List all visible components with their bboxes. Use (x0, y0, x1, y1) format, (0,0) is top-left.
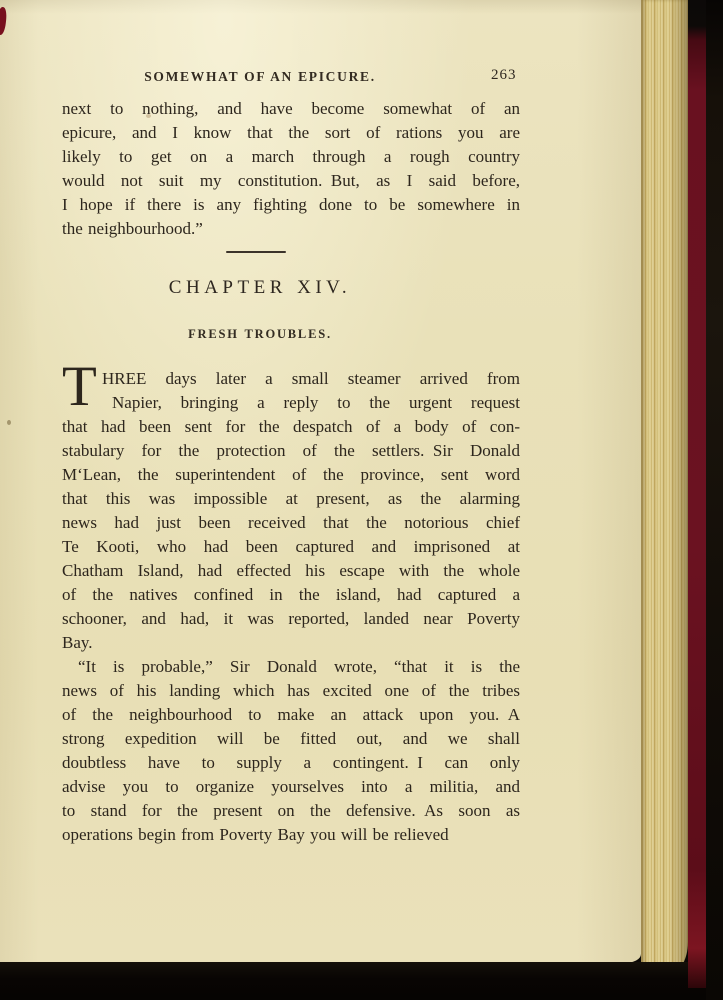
text-line: the neighbourhood.” (62, 217, 520, 241)
book-cover-strip (688, 0, 706, 988)
text-line: Te Kooti, who had been captured and impr… (62, 535, 520, 559)
text-line: “It is probable,” Sir Donald wrote, “tha… (62, 655, 520, 679)
continuation-paragraph: next to nothing, and have become somewha… (62, 97, 520, 241)
text-line: Bay. (62, 631, 520, 655)
text-line: that this was impossible at present, as … (62, 487, 520, 511)
letter-paragraph: “It is probable,” Sir Donald wrote, “tha… (62, 655, 520, 847)
chapter-opening-paragraph: T HREE days later a small steamer arrive… (62, 367, 520, 655)
text-line: M‘Lean, the superintendent of the provin… (62, 463, 520, 487)
drop-cap-initial: T (62, 364, 97, 410)
text-line: advise you to organize yourselves into a… (62, 775, 520, 799)
text-line: of the neighbourhood to make an attack u… (62, 703, 520, 727)
text-line: of the natives confined in the island, h… (62, 583, 520, 607)
text-line: I hope if there is any fighting done to … (62, 193, 520, 217)
chapter-heading: CHAPTER XIV. (62, 276, 458, 300)
text-line: Chatham Island, had effected his escape … (62, 559, 520, 583)
text-line: doubtless have to supply a contingent. I… (62, 751, 520, 775)
running-header-title: SOMEWHAT OF AN EPICURE. (62, 69, 458, 85)
text-line: strong expedition will be fitted out, an… (62, 727, 520, 751)
paper-speck (7, 420, 11, 425)
book-scan-scene: SOMEWHAT OF AN EPICURE. 263 next to noth… (0, 0, 723, 1000)
text-line: Napier, bringing a reply to the urgent r… (62, 391, 520, 415)
text-line: operations begin from Poverty Bay you wi… (62, 823, 520, 847)
text-line: to stand for the present on the defensiv… (62, 799, 520, 823)
text-line: next to nothing, and have become somewha… (62, 97, 520, 121)
book-page-edges (641, 0, 688, 976)
page-number: 263 (491, 67, 517, 84)
chapter-subtitle: FRESH TROUBLES. (62, 322, 458, 346)
page-text-block: next to nothing, and have become somewha… (62, 97, 520, 847)
text-line: would not suit my constitution. But, as … (62, 169, 520, 193)
text-line: stabulary for the protection of the sett… (62, 439, 520, 463)
text-line: news of his landing which has excited on… (62, 679, 520, 703)
background-shadow-right (706, 0, 723, 1000)
text-line: news had just been received that the not… (62, 511, 520, 535)
text-line: likely to get on a march through a rough… (62, 145, 520, 169)
text-line: HREE days later a small steamer arrived … (62, 367, 520, 391)
background-shadow-bottom (0, 962, 706, 1000)
section-divider-rule (226, 251, 286, 253)
text-line: that had been sent for the despatch of a… (62, 415, 520, 439)
text-line: epicure, and I know that the sort of rat… (62, 121, 520, 145)
text-line: schooner, and had, it was reported, land… (62, 607, 520, 631)
